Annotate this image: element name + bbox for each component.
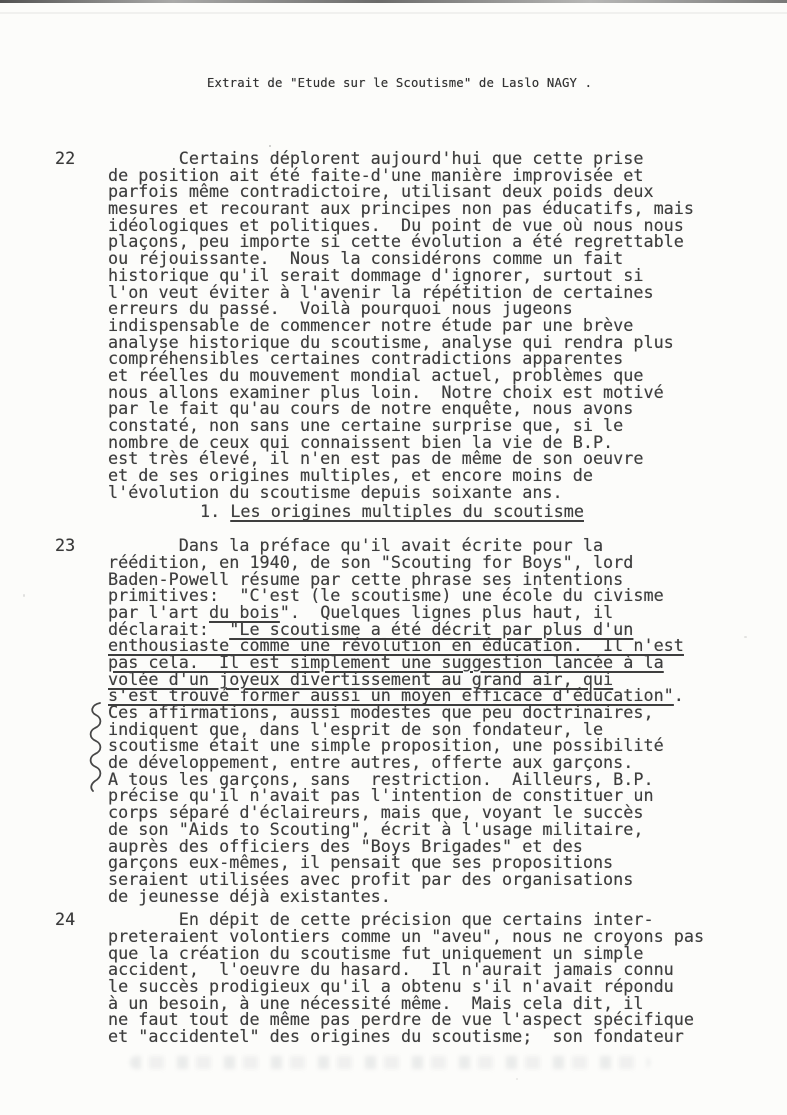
scan-speck (744, 636, 747, 638)
paragraph-number: 23 (55, 537, 75, 554)
paragraph: 22 Certains déplorent aujourd'hui que ce… (108, 150, 704, 500)
document-body: 22 Certains déplorent aujourd'hui que ce… (108, 150, 704, 1045)
section-number: 1. (200, 501, 230, 521)
margin-brace-annotation (86, 701, 104, 793)
paragraph: 24 En dépit de cette précision que certa… (108, 911, 704, 1045)
paragraph-number: 24 (55, 911, 75, 928)
text-line: et "accidentel" des origines du scoutism… (108, 1028, 704, 1045)
scan-speck (269, 145, 271, 147)
paragraph: 23 Dans la préface qu'il avait écrite po… (108, 537, 704, 904)
text-segment: l'évolution du scoutisme depuis soixante… (108, 482, 563, 502)
text-line: de jeunesse déjà existantes. (108, 888, 704, 905)
document-title: Extrait de "Etude sur le Scoutisme" de L… (207, 76, 592, 90)
text-segment: de jeunesse déjà existantes. (108, 886, 391, 906)
bleed-through-smudge (130, 1056, 650, 1069)
text-segment: . (674, 685, 684, 705)
text-segment: et "accidentel" des origines du scoutism… (108, 1026, 684, 1046)
scan-edge-artifact-faint (0, 12, 787, 14)
scan-speck (516, 1078, 518, 1080)
section-heading: 1. Les origines multiples du scoutisme (200, 503, 704, 520)
section-title: Les origines multiples du scoutisme (230, 501, 584, 521)
scan-speck (23, 594, 25, 597)
text-line: l'évolution du scoutisme depuis soixante… (108, 484, 704, 501)
paragraph-number: 22 (55, 150, 75, 167)
scanned-document-page: Extrait de "Etude sur le Scoutisme" de L… (0, 0, 787, 1115)
scan-edge-artifact (0, 0, 787, 3)
